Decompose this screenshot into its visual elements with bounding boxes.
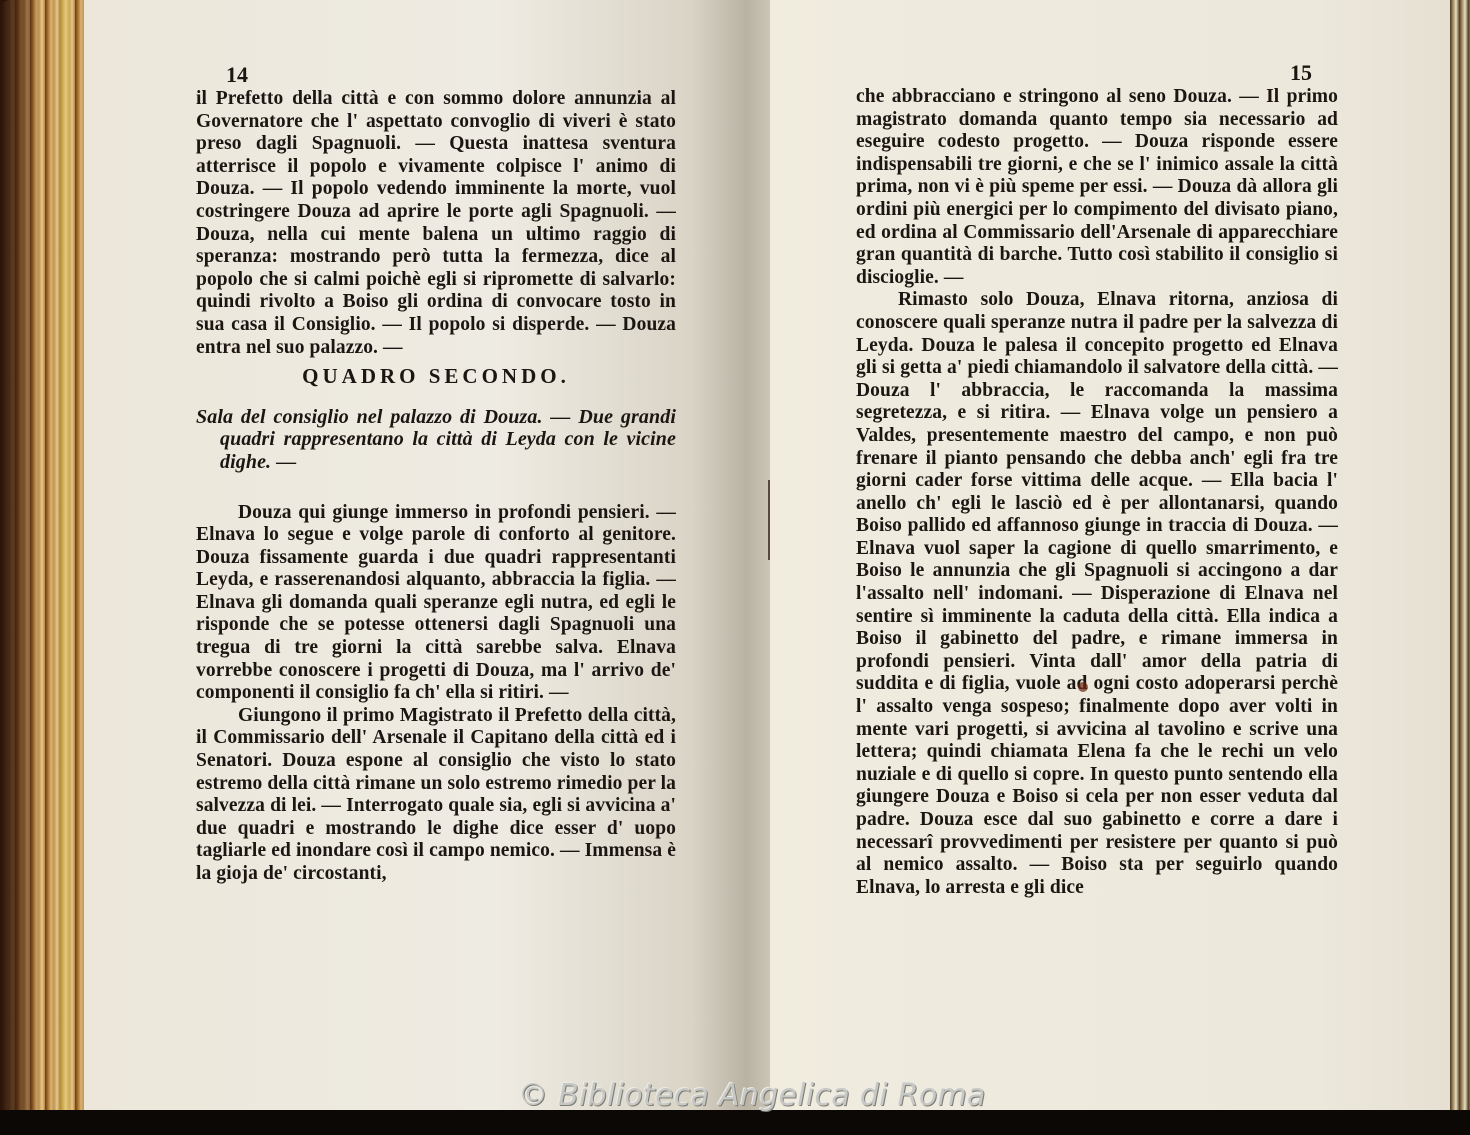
- open-book-scan: 14 il Prefetto della città e con sommo d…: [0, 0, 1470, 1135]
- right-page-text: che abbracciano e stringono al seno Douz…: [856, 86, 1338, 899]
- paragraph: che abbracciano e stringono al seno Douz…: [856, 86, 1338, 289]
- bottom-shadow: [0, 1110, 1470, 1135]
- book-gutter: [768, 480, 770, 560]
- opening-paragraph: il Prefetto della città e con sommo dolo…: [196, 88, 676, 359]
- stage-direction: Sala del consiglio nel palazzo di Douza.…: [196, 406, 676, 474]
- left-page-edges: [0, 0, 86, 1110]
- page-number-left: 14: [226, 62, 248, 88]
- right-page-edges: [1450, 0, 1470, 1120]
- library-watermark: © Biblioteca Angelica di Roma: [518, 1078, 958, 1113]
- page-number-right: 15: [1290, 60, 1312, 86]
- ink-stain: [1078, 682, 1088, 692]
- paragraph: Giungono il primo Magistrato il Prefetto…: [196, 705, 676, 886]
- paragraph: Douza qui giunge immerso in profondi pen…: [196, 502, 676, 705]
- left-page-text: il Prefetto della città e con sommo dolo…: [196, 88, 676, 886]
- paragraph: Rimasto solo Douza, Elnava ritorna, anzi…: [856, 289, 1338, 899]
- section-heading: QUADRO SECONDO.: [196, 365, 676, 388]
